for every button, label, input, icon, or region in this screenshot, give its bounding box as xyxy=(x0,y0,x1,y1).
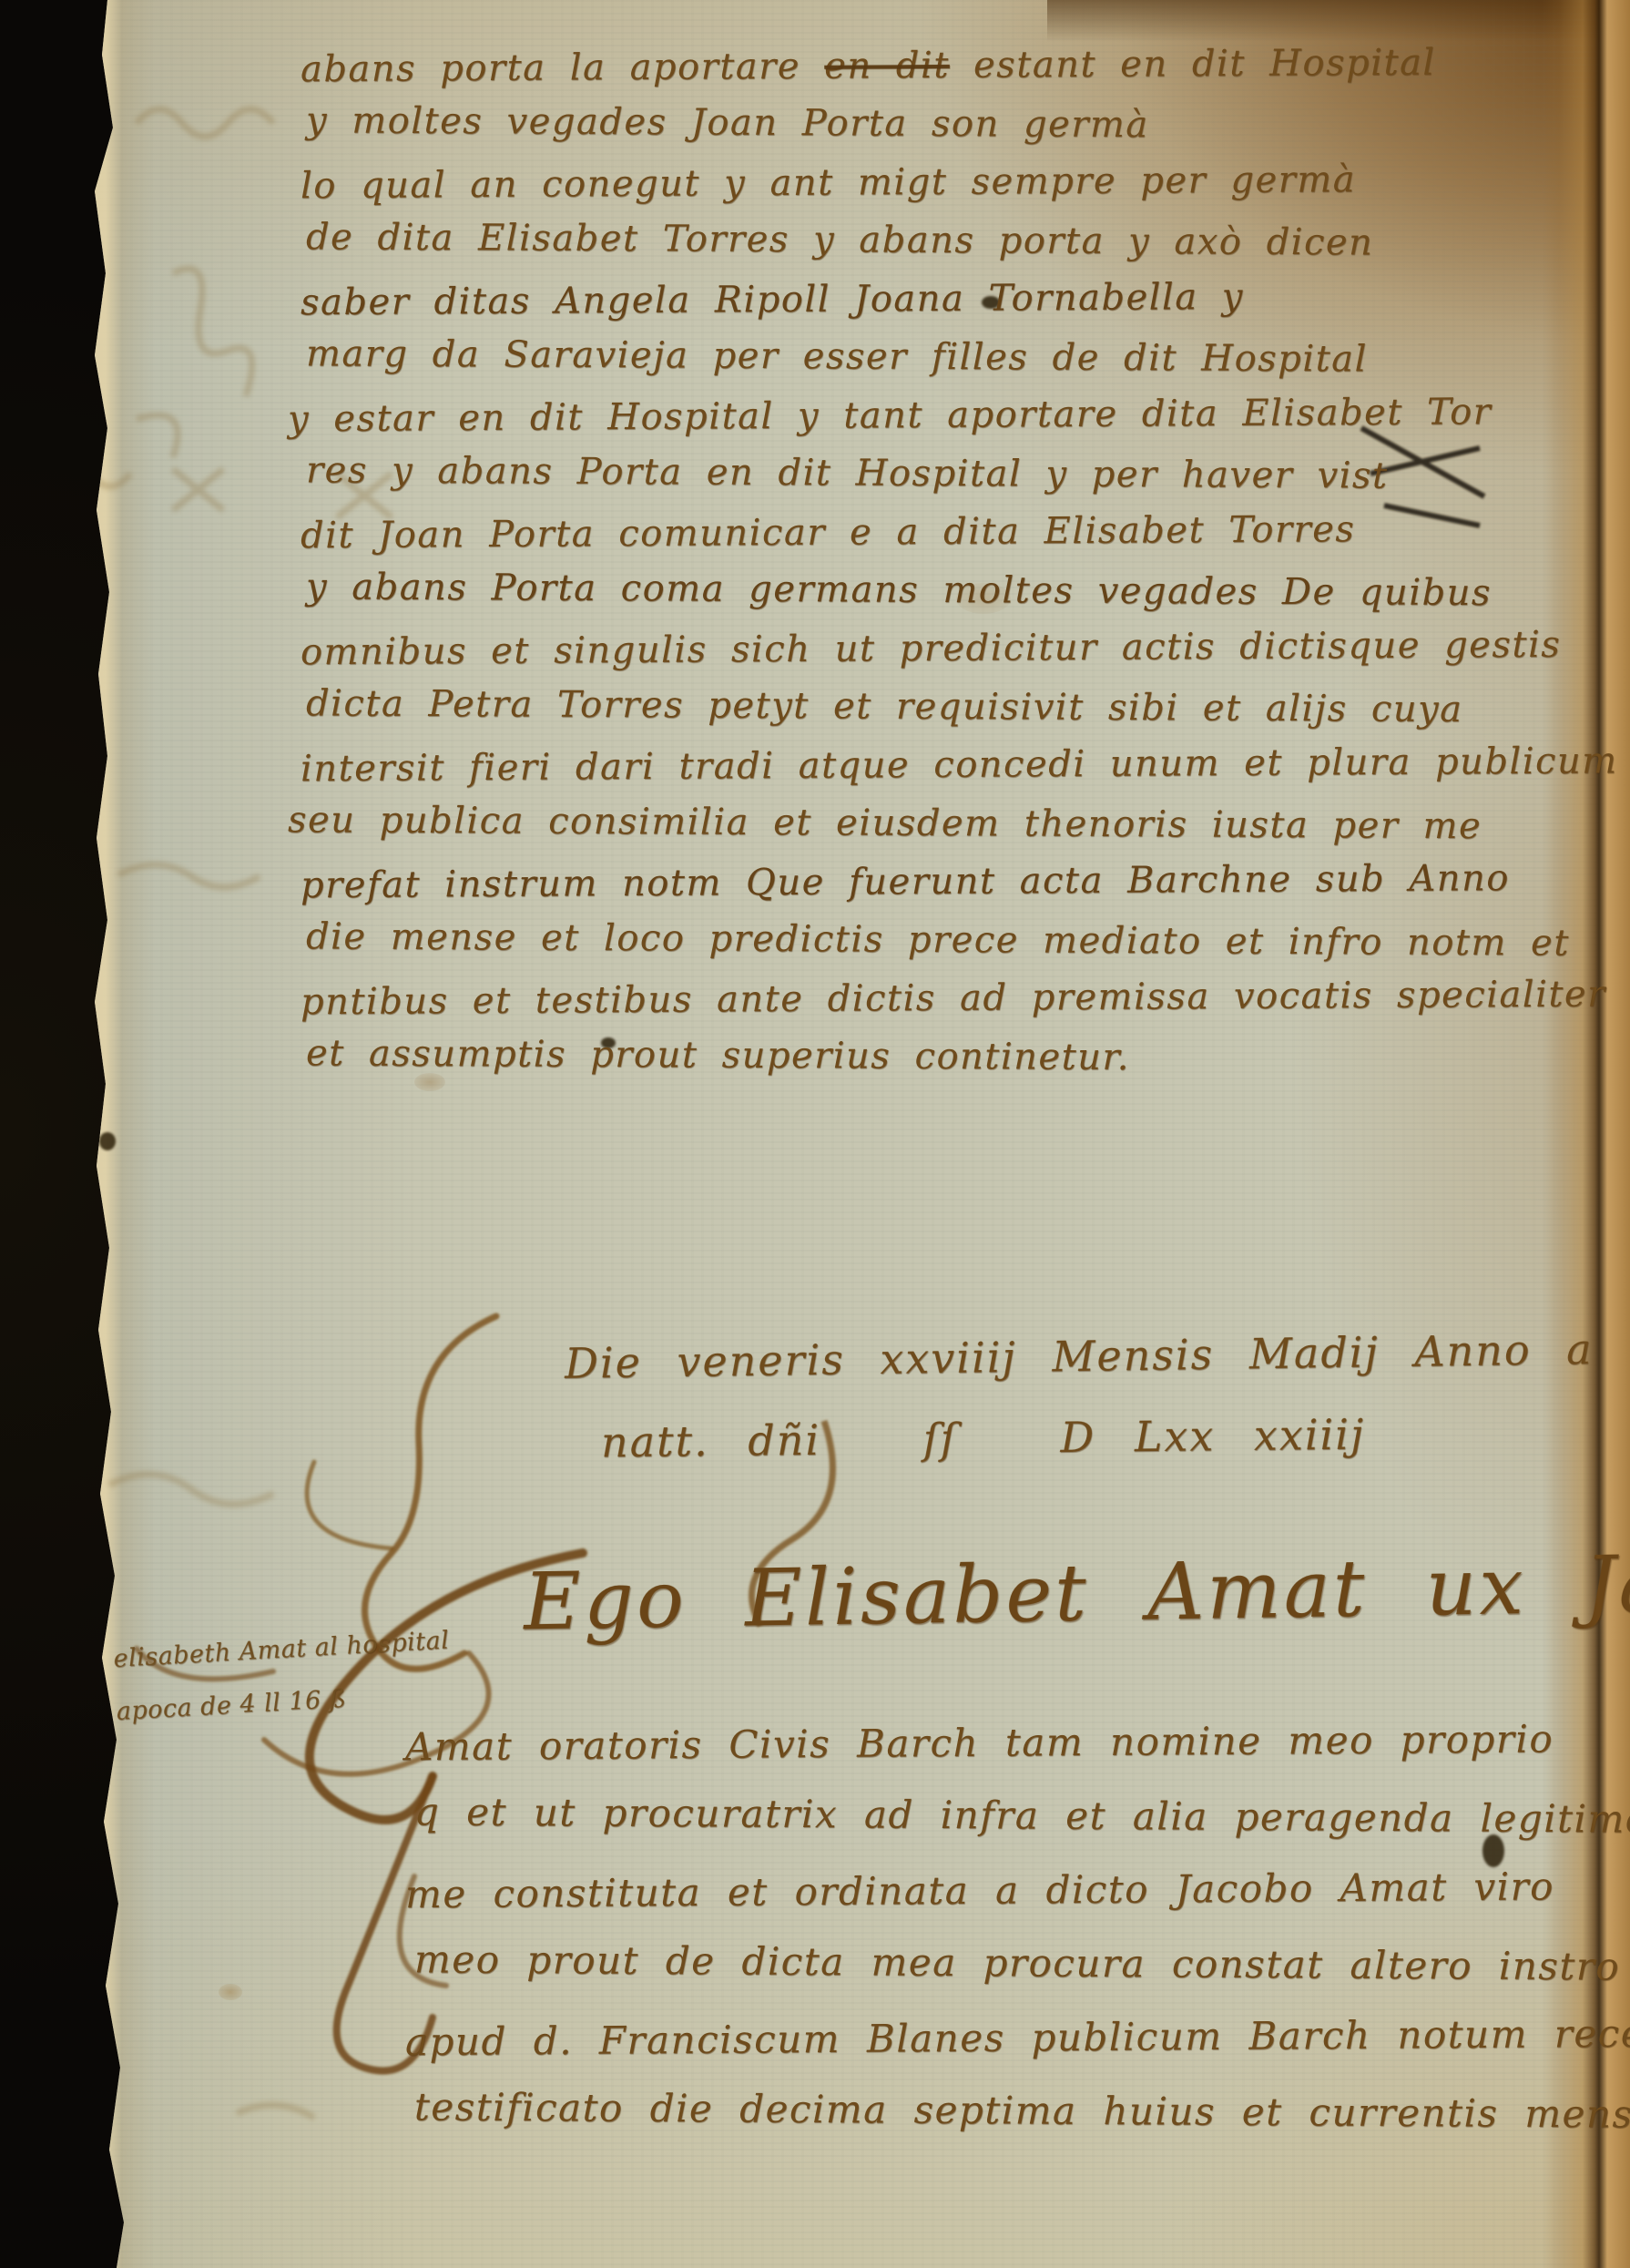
manuscript-line: Amat oratoris Civis Barch tam nomine meo… xyxy=(405,1701,1630,1784)
struck-words: en dit xyxy=(824,45,950,87)
manuscript-line: apud d. Franciscum Blanes publicum Barch… xyxy=(405,1996,1630,2079)
manuscript-line: die mense et loco predictis prece mediat… xyxy=(306,907,1575,972)
manuscript-line: dicta Petra Torres petyt et requisivit s… xyxy=(306,674,1575,739)
manuscript-line: res y abans Porta en dit Hospital y per … xyxy=(306,441,1575,506)
manuscript-line: intersit fieri dari tradi atque concedi … xyxy=(301,732,1575,799)
line-segment: estant en dit Hospital xyxy=(973,42,1436,87)
dateline-sign: ſſ xyxy=(922,1414,958,1463)
manuscript-line: pntibus et testibus ante dictis ad premi… xyxy=(301,965,1575,1032)
manuscript-line: y abans Porta coma germans moltes vegade… xyxy=(306,557,1575,622)
manuscript-line: lo qual an conegut y ant migt sempre per… xyxy=(301,149,1575,216)
manuscript-line: y estar en dit Hospital y tant aportare … xyxy=(288,383,1575,449)
dateline-year: D Lxx xxiiij xyxy=(1060,1410,1365,1463)
manuscript-line: dit Joan Porta comunicar e a dita Elisab… xyxy=(301,499,1575,566)
line-segment: abans porta la aportare xyxy=(301,46,800,90)
dateline-natt: natt. dñi xyxy=(601,1415,821,1467)
manuscript-line: me constituta et ordinata a dicto Jacobo… xyxy=(405,1848,1630,1932)
manuscript-line: y moltes vegades Joan Porta son germà xyxy=(306,91,1575,156)
manuscript-line: et assumptis prout superius continetur. xyxy=(306,1024,1575,1088)
manuscript-line: marg da Saravieja per esser filles de di… xyxy=(306,324,1575,389)
manuscript-line: meo prout de dicta mea procura constat a… xyxy=(414,1922,1630,2004)
manuscript-line: omnibus et singulis sich ut predicitur a… xyxy=(301,616,1575,682)
act-paragraph: Amat oratoris Civis Barch tam nomine meo… xyxy=(405,1705,1630,2148)
manuscript-line: abans porta la aportare en dit estant en… xyxy=(301,33,1575,99)
margin-note: elisabeth Amat al hospital apoca de 4 ll… xyxy=(112,1617,409,1739)
manuscript-page: abans porta la aportare en dit estant en… xyxy=(0,0,1630,2268)
photo-backdrop: abans porta la aportare en dit estant en… xyxy=(0,0,1630,2268)
manuscript-line: testificato die decima septima huius et … xyxy=(414,2069,1630,2151)
manuscript-line: saber ditas Angela Ripoll Joana Tornabel… xyxy=(301,266,1575,332)
manuscript-line: de dita Elisabet Torres y abans porta y … xyxy=(306,208,1575,272)
foxing-spot xyxy=(219,1984,242,2000)
notarial-paragraph: abans porta la aportare en dit estant en… xyxy=(301,36,1575,1086)
manuscript-line: prefat instrum notm Que fuerunt acta Bar… xyxy=(301,849,1575,915)
dateline-line2: natt. dñi ſſ D Lxx xxiiij xyxy=(601,1410,1366,1467)
manuscript-line: seu publica consimilia et eiusdem thenor… xyxy=(288,791,1575,855)
manuscript-line: q et ut procuratrix ad infra et alia per… xyxy=(414,1774,1630,1856)
deckled-left-edge xyxy=(91,0,155,2268)
